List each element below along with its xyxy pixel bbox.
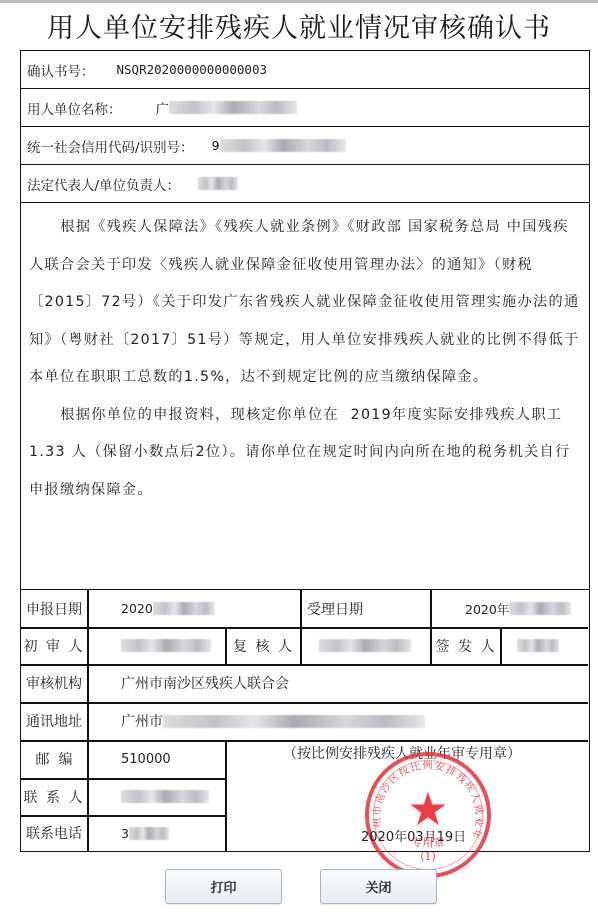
close-button[interactable]: 关闭	[320, 869, 437, 904]
redacted-accept-date	[509, 602, 571, 615]
official-seal: 广州市南沙区按比例安排残疾人就业年审 ★ 专用章 (1)	[365, 752, 491, 878]
body-paragraph-2: 根据你单位的申报资料，现核定你单位在 2019年度实际安排残疾人职工 1.33 …	[29, 397, 581, 510]
redacted-declare-date	[153, 602, 215, 615]
employer-name-row: 用人单位名称： 广	[21, 89, 589, 127]
review-org-value: 广州市南沙区残疾人联合会	[121, 664, 289, 702]
credit-code-value: 9	[212, 138, 220, 153]
address-text: 广州市	[121, 711, 163, 731]
redacted-re-reviewer	[319, 639, 411, 652]
first-reviewer-value	[121, 627, 211, 664]
address-label: 通讯地址	[21, 702, 87, 740]
page-title: 用人单位安排残疾人就业情况审核确认书	[0, 6, 598, 45]
confirmation-document: 确认书号： NSQR2020000000000003 用人单位名称： 广 统一社…	[20, 50, 590, 852]
phone-label: 联系电话	[21, 815, 87, 851]
re-reviewer-label: 复 核 人	[227, 627, 300, 664]
confirmation-number-label: 确认书号：	[21, 60, 95, 80]
employer-name-value: 广	[156, 98, 170, 118]
redacted-first-reviewer	[121, 639, 211, 652]
contact-value	[121, 778, 209, 815]
redacted-legal-rep	[198, 177, 238, 190]
postcode-value: 510000	[121, 740, 171, 778]
print-button[interactable]: 打印	[165, 869, 282, 904]
body-paragraph-1: 根据《残疾人保障法》《残疾人就业条例》《财政部 国家税务总局 中国残疾人联合会关…	[29, 209, 581, 397]
phone-text: 3	[121, 826, 129, 841]
legal-rep-label: 法定代表人/单位负责人：	[21, 174, 180, 194]
credit-code-label: 统一社会信用代码/识别号：	[21, 136, 194, 156]
redacted-credit-code	[220, 139, 346, 152]
re-reviewer-value	[319, 627, 411, 664]
employer-name-label: 用人单位名称：	[21, 98, 122, 118]
redacted-contact	[121, 790, 209, 803]
postcode-label: 邮 编	[21, 740, 87, 778]
declare-date-value: 2020	[121, 590, 215, 627]
review-org-label: 审核机构	[21, 664, 87, 702]
seal-number: (1)	[369, 850, 487, 864]
accept-date-text: 2020年	[465, 600, 509, 618]
declare-date-label: 申报日期	[21, 590, 87, 627]
first-reviewer-label: 初 审 人	[21, 627, 87, 664]
redacted-address	[163, 715, 425, 728]
legal-rep-row: 法定代表人/单位负责人：	[21, 165, 589, 203]
confirmation-number-row: 确认书号： NSQR2020000000000003	[21, 51, 589, 89]
redacted-issuer	[517, 639, 559, 652]
body-text: 根据《残疾人保障法》《残疾人就业条例》《财政部 国家税务总局 中国残疾人联合会关…	[21, 203, 589, 590]
declare-date-text: 2020	[121, 601, 153, 616]
address-value: 广州市	[121, 702, 425, 740]
redacted-phone	[129, 827, 169, 840]
top-border	[0, 0, 598, 3]
detail-grid: 申报日期 2020 受理日期 2020年 初 审 人 复 核 人 签 发 人 审…	[21, 590, 589, 851]
issuer-label: 签 发 人	[432, 627, 500, 664]
accept-date-label: 受理日期	[307, 590, 363, 627]
redacted-employer-name	[169, 101, 297, 114]
accept-date-value: 2020年	[465, 590, 571, 627]
issuer-value	[517, 627, 559, 664]
credit-code-row: 统一社会信用代码/识别号： 9	[21, 127, 589, 165]
seal-date: 2020年03月19日	[361, 826, 466, 845]
phone-value: 3	[121, 815, 169, 851]
confirmation-number-value: NSQR2020000000000003	[117, 62, 268, 77]
contact-label: 联 系 人	[21, 778, 87, 815]
